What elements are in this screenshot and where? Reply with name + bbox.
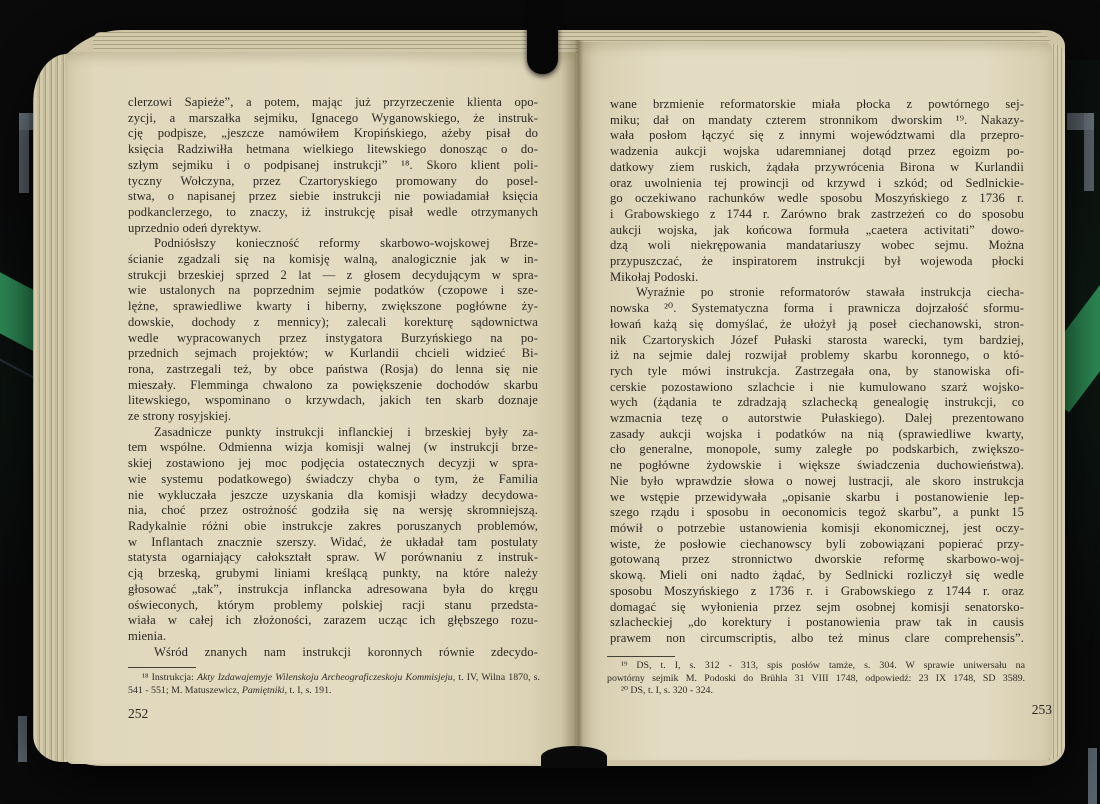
- page-number-left: 252: [128, 706, 148, 722]
- right-page-footnotes: ¹⁹ DS, t. I, s. 312 - 313, spis posłów t…: [607, 660, 1025, 698]
- paragraph: Podniósłszy konieczność reformy skarbowo…: [128, 236, 538, 409]
- footnote-rule: [607, 656, 675, 657]
- footnote-text: t. I, s. 191.: [290, 685, 332, 696]
- footnote-text: ¹⁸ Instrukcja:: [142, 672, 197, 683]
- book-gutter-shadow: [561, 40, 593, 762]
- paragraph-last-line: mienia.: [128, 629, 538, 645]
- paragraph: Zasadnicze punkty instrukcji inflanckiej…: [128, 425, 538, 629]
- paragraph-last-line: Mikołaj Podoski.: [610, 270, 1024, 286]
- gutter-bottom-notch: [541, 746, 607, 768]
- bracket-bottom-right: [1088, 748, 1097, 804]
- left-page-text: clerzowi Sapieże”, a potem, mając już pr…: [128, 95, 538, 660]
- open-book: clerzowi Sapieże”, a potem, mając już pr…: [33, 30, 1065, 766]
- book-clamp: [527, 0, 558, 74]
- page-fore-edge-left: [33, 54, 67, 762]
- paragraph: Wyraźnie po stronie reformatorów stawała…: [610, 285, 1024, 646]
- paragraph-last-line: ze strony rosyjskiej.: [128, 409, 538, 425]
- bracket-top-right-vertical: [1084, 113, 1094, 191]
- footnote-18: ¹⁸ Instrukcja: Akty Izdawajemyje Wilensk…: [128, 672, 540, 697]
- footnote-20: ²⁰ DS, t. I, s. 320 - 324.: [607, 685, 1025, 698]
- footnote-rule: [128, 667, 196, 668]
- right-page-text: wane brzmienie reformatorskie miała płoc…: [610, 97, 1024, 647]
- page-number-right: 253: [614, 702, 1052, 718]
- bracket-bottom-left: [18, 716, 27, 762]
- footnote-italic-title: Akty Izdawajemyje Wilenskoju Archeografi…: [197, 672, 458, 683]
- photo-of-open-book: clerzowi Sapieże”, a potem, mając już pr…: [0, 0, 1100, 804]
- footnote-italic-title: Pamiętniki,: [242, 685, 290, 696]
- paragraph: wane brzmienie reformatorskie miała płoc…: [610, 97, 1024, 270]
- bracket-top-left-vertical: [19, 113, 29, 193]
- paragraph-last-line: uprzednio odeń dyrektyw.: [128, 221, 538, 237]
- footnote-19: ¹⁹ DS, t. I, s. 312 - 313, spis posłów t…: [607, 660, 1025, 685]
- paragraph: Wśród znanych nam instrukcji koronnych r…: [128, 645, 538, 661]
- paragraph: clerzowi Sapieże”, a potem, mając już pr…: [128, 95, 538, 221]
